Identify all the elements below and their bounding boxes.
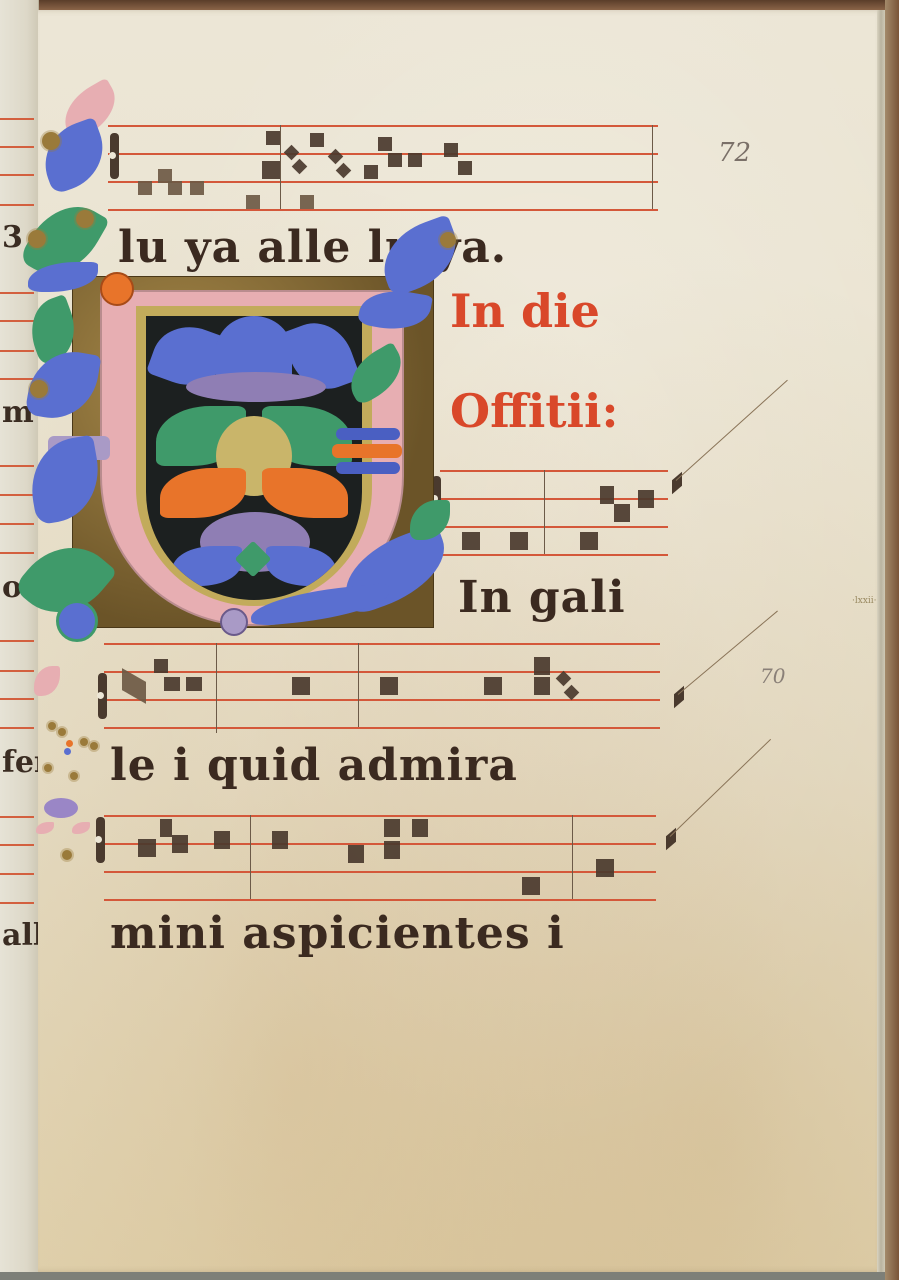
neume (510, 532, 528, 550)
lyric-line-4: le i quid admira (110, 740, 518, 791)
rubric-line-1: In die (450, 284, 600, 338)
letter-band-right (336, 462, 400, 474)
neume (364, 165, 378, 179)
neume (262, 161, 280, 179)
lyric-line-3: In gali (458, 572, 626, 623)
neume (484, 677, 502, 695)
staff-line (0, 727, 34, 729)
neume (328, 149, 344, 165)
neume (614, 504, 630, 522)
bar-line (250, 815, 251, 899)
neume (462, 532, 480, 550)
orange-boss (100, 272, 134, 306)
c-clef-icon (98, 673, 107, 719)
neume (172, 835, 188, 853)
staff-line (0, 174, 34, 176)
neume (408, 153, 422, 167)
bar-line (544, 470, 545, 554)
staff-line (0, 902, 34, 904)
neume (138, 181, 152, 195)
staff-line (0, 873, 34, 875)
binding-top-edge (0, 0, 899, 10)
neume (522, 877, 540, 895)
prev-page-text: 3 (2, 220, 23, 255)
neume (458, 161, 472, 175)
neume (388, 153, 402, 167)
letter-band-right (332, 444, 402, 458)
staff-line (0, 698, 34, 700)
neume (534, 657, 550, 675)
folio-number: 72 (718, 138, 751, 168)
previous-page-sliver: 3 m os fer alle (0, 0, 39, 1272)
c-clef-icon (96, 817, 105, 863)
neume (292, 677, 310, 695)
bar-line (280, 125, 281, 209)
staff-line (0, 494, 34, 496)
neume (160, 819, 172, 837)
neume (300, 195, 314, 209)
neume (564, 685, 580, 701)
neume (380, 677, 398, 695)
staff-line (0, 465, 34, 467)
neume (348, 845, 364, 863)
staff-line (0, 523, 34, 525)
prev-page-text: fer (2, 745, 39, 780)
pencil-mark: 70 (760, 664, 785, 688)
neume (214, 831, 230, 849)
staff-line (0, 204, 34, 206)
neume (154, 659, 168, 673)
neume (444, 143, 458, 157)
music-staff-3 (104, 643, 660, 733)
neume (534, 677, 550, 695)
staff-line (0, 320, 34, 322)
bar-line (216, 643, 217, 733)
neume (284, 145, 300, 161)
staff-line (0, 118, 34, 120)
pendant-jewel (220, 608, 248, 636)
neume (272, 831, 288, 849)
neume (378, 137, 392, 151)
neume (310, 133, 324, 147)
neume (596, 859, 614, 877)
neume (384, 819, 400, 837)
letter-band-right (336, 428, 400, 440)
neume (292, 159, 308, 175)
prev-page-text: alle (2, 918, 39, 953)
binding-right-edge (885, 0, 899, 1280)
neume (336, 163, 352, 179)
neume (246, 195, 260, 209)
staff-line (0, 378, 34, 380)
neume (186, 677, 202, 691)
staff-line (0, 292, 34, 294)
staff-line (0, 640, 34, 642)
bar-line (572, 815, 573, 899)
staff-line (0, 146, 34, 148)
neume (556, 671, 572, 687)
neume (384, 841, 400, 859)
neume (138, 839, 156, 857)
neume (168, 181, 182, 195)
lyric-line-5: mini aspicientes i (110, 908, 565, 959)
neume (638, 490, 654, 508)
staff-line (0, 816, 34, 818)
neume (190, 181, 204, 195)
music-staff-2 (440, 470, 668, 560)
music-staff-4 (104, 815, 656, 905)
bar-line (652, 125, 653, 209)
staff-line (0, 844, 34, 846)
bar-line (358, 643, 359, 727)
initial-interior (146, 316, 362, 600)
staff-line (0, 670, 34, 672)
page-edge-stack (877, 10, 885, 1272)
neume (412, 819, 428, 837)
staff-line (0, 350, 34, 352)
neume (164, 677, 180, 691)
neume (600, 486, 614, 504)
neume (580, 532, 598, 550)
music-staff-1 (108, 125, 658, 215)
roman-foliation: ·lxxii· (852, 596, 877, 606)
neume (266, 131, 280, 145)
staff-line (0, 552, 34, 554)
c-clef-icon (110, 133, 119, 179)
rubric-line-2: Offitii: (450, 384, 618, 438)
